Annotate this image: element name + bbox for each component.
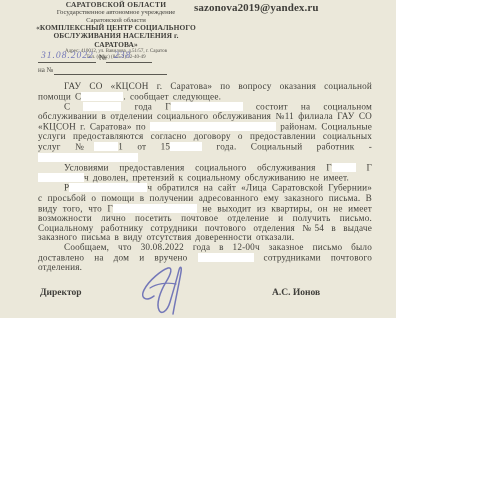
text-segment: года. Социальный работник -	[202, 142, 372, 152]
handwritten-date: 31.08.2022	[41, 51, 94, 61]
paragraph: Условиями предоставления социального обс…	[38, 163, 372, 184]
letter-body: ГАУ СО «КЦСОН г. Саратова» по вопросу ок…	[38, 82, 372, 273]
redaction-box	[83, 102, 121, 111]
text-segment: ч доволен, претензий к социальному обслу…	[84, 173, 349, 183]
redaction-box	[332, 163, 356, 172]
org-line: САРАТОВСКОЙ ОБЛАСТИ	[34, 1, 198, 9]
handwritten-number: 238	[114, 51, 131, 61]
org-line: ОБСЛУЖИВАНИЯ НАСЕЛЕНИЯ г. САРАТОВА»	[34, 32, 198, 48]
org-line: Государственное автономное учреждение	[34, 9, 198, 17]
text-segment: Г	[356, 162, 372, 172]
paragraph: С года Г состоит на социальном обслужива…	[38, 102, 372, 163]
redaction-box	[113, 204, 197, 213]
text-segment: . сообщает следующее.	[123, 91, 221, 101]
redaction-box	[81, 92, 123, 101]
number-underline	[106, 62, 152, 63]
text-segment: 1 от 15	[118, 142, 170, 152]
paragraph: Рч обратился на сайт «Лица Саратовской Г…	[38, 183, 372, 243]
redaction-box	[170, 142, 202, 151]
signature-title: Директор	[40, 288, 82, 298]
redaction-box	[38, 173, 84, 182]
letter-paper: САРАТОВСКОЙ ОБЛАСТИ Государственное авто…	[0, 0, 396, 318]
redaction-box	[94, 142, 118, 151]
reply-reference-line: на №	[38, 66, 198, 77]
redaction-box	[171, 102, 243, 111]
paragraph: Сообщаем, что 30.08.2022 года в 12-00ч з…	[38, 243, 372, 273]
paragraph: ГАУ СО «КЦСОН г. Саратова» по вопросу ок…	[38, 82, 372, 102]
reference-line: 31.08.2022 № 238	[38, 51, 198, 64]
reply-underline	[54, 74, 167, 75]
date-underline	[38, 62, 96, 63]
redaction-box	[150, 122, 276, 131]
text-segment: С	[64, 102, 83, 112]
scanned-letter-page: САРАТОВСКОЙ ОБЛАСТИ Государственное авто…	[0, 0, 490, 480]
signer-name: А.С. Ионов	[272, 288, 320, 298]
number-sign-label: №	[99, 53, 107, 62]
redaction-box	[69, 183, 147, 192]
email-address: sazonova2019@yandex.ru	[194, 2, 319, 14]
handwritten-signature	[132, 258, 198, 318]
redaction-box	[198, 253, 254, 262]
reply-label: на №	[38, 66, 53, 74]
text-segment: Условиями предоставления социального обс…	[64, 162, 332, 172]
redaction-box	[38, 153, 138, 162]
text-segment: года Г	[121, 102, 170, 112]
